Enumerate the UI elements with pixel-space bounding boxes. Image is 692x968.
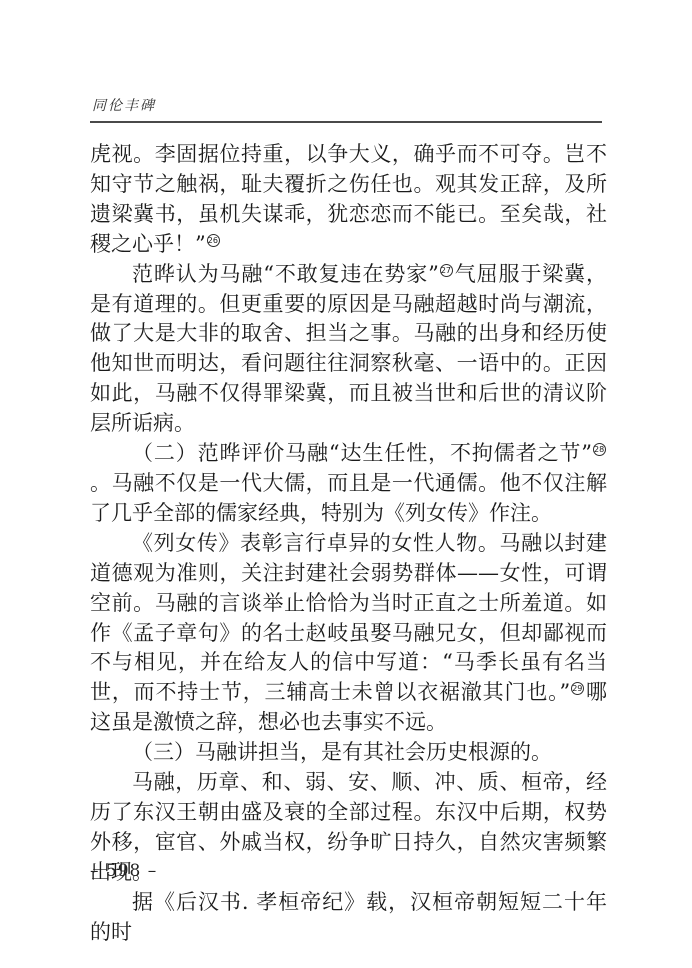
- paragraph: 范晔认为马融“不敢复违在势家”27气屈服于梁冀，是有道理的。但更重要的原因是马融…: [90, 260, 607, 439]
- body-text: 虎视。李固据位持重，以争大义，确乎而不可夺。岂不知守节之触祸，耻夫覆折之伤任也。…: [90, 140, 607, 947]
- page-number: – 598 –: [90, 861, 157, 881]
- footnote-marker: 27: [440, 264, 453, 277]
- paragraph: （二）范晔评价马融“达生任性，不拘儒者之节”28。马融不仅是一代大儒，而且是一代…: [90, 439, 607, 529]
- paragraph: 马融，历章、和、弱、安、顺、冲、质、桓帝，经历了东汉王朝由盛及衰的全部过程。东汉…: [90, 768, 607, 888]
- paragraph: 《列女传》表彰言行卓异的女性人物。马融以封建道德观为准则，关注封建社会弱势群体—…: [90, 529, 607, 738]
- running-header: 同伦丰碑: [92, 95, 156, 115]
- header-rule: [90, 121, 602, 123]
- paragraph: （三）马融讲担当，是有其社会历史根源的。: [90, 738, 607, 768]
- footnote-marker: 29: [571, 682, 584, 695]
- paragraph: 虎视。李固据位持重，以争大义，确乎而不可夺。岂不知守节之触祸，耻夫覆折之伤任也。…: [90, 140, 607, 260]
- paragraph: 据《后汉书. 孝桓帝纪》载，汉桓帝朝短短二十年的时: [90, 888, 607, 948]
- footnote-marker: 28: [593, 443, 606, 456]
- footnote-marker: 26: [207, 234, 220, 247]
- book-page: 同伦丰碑 虎视。李固据位持重，以争大义，确乎而不可夺。岂不知守节之触祸，耻夫覆折…: [0, 0, 692, 968]
